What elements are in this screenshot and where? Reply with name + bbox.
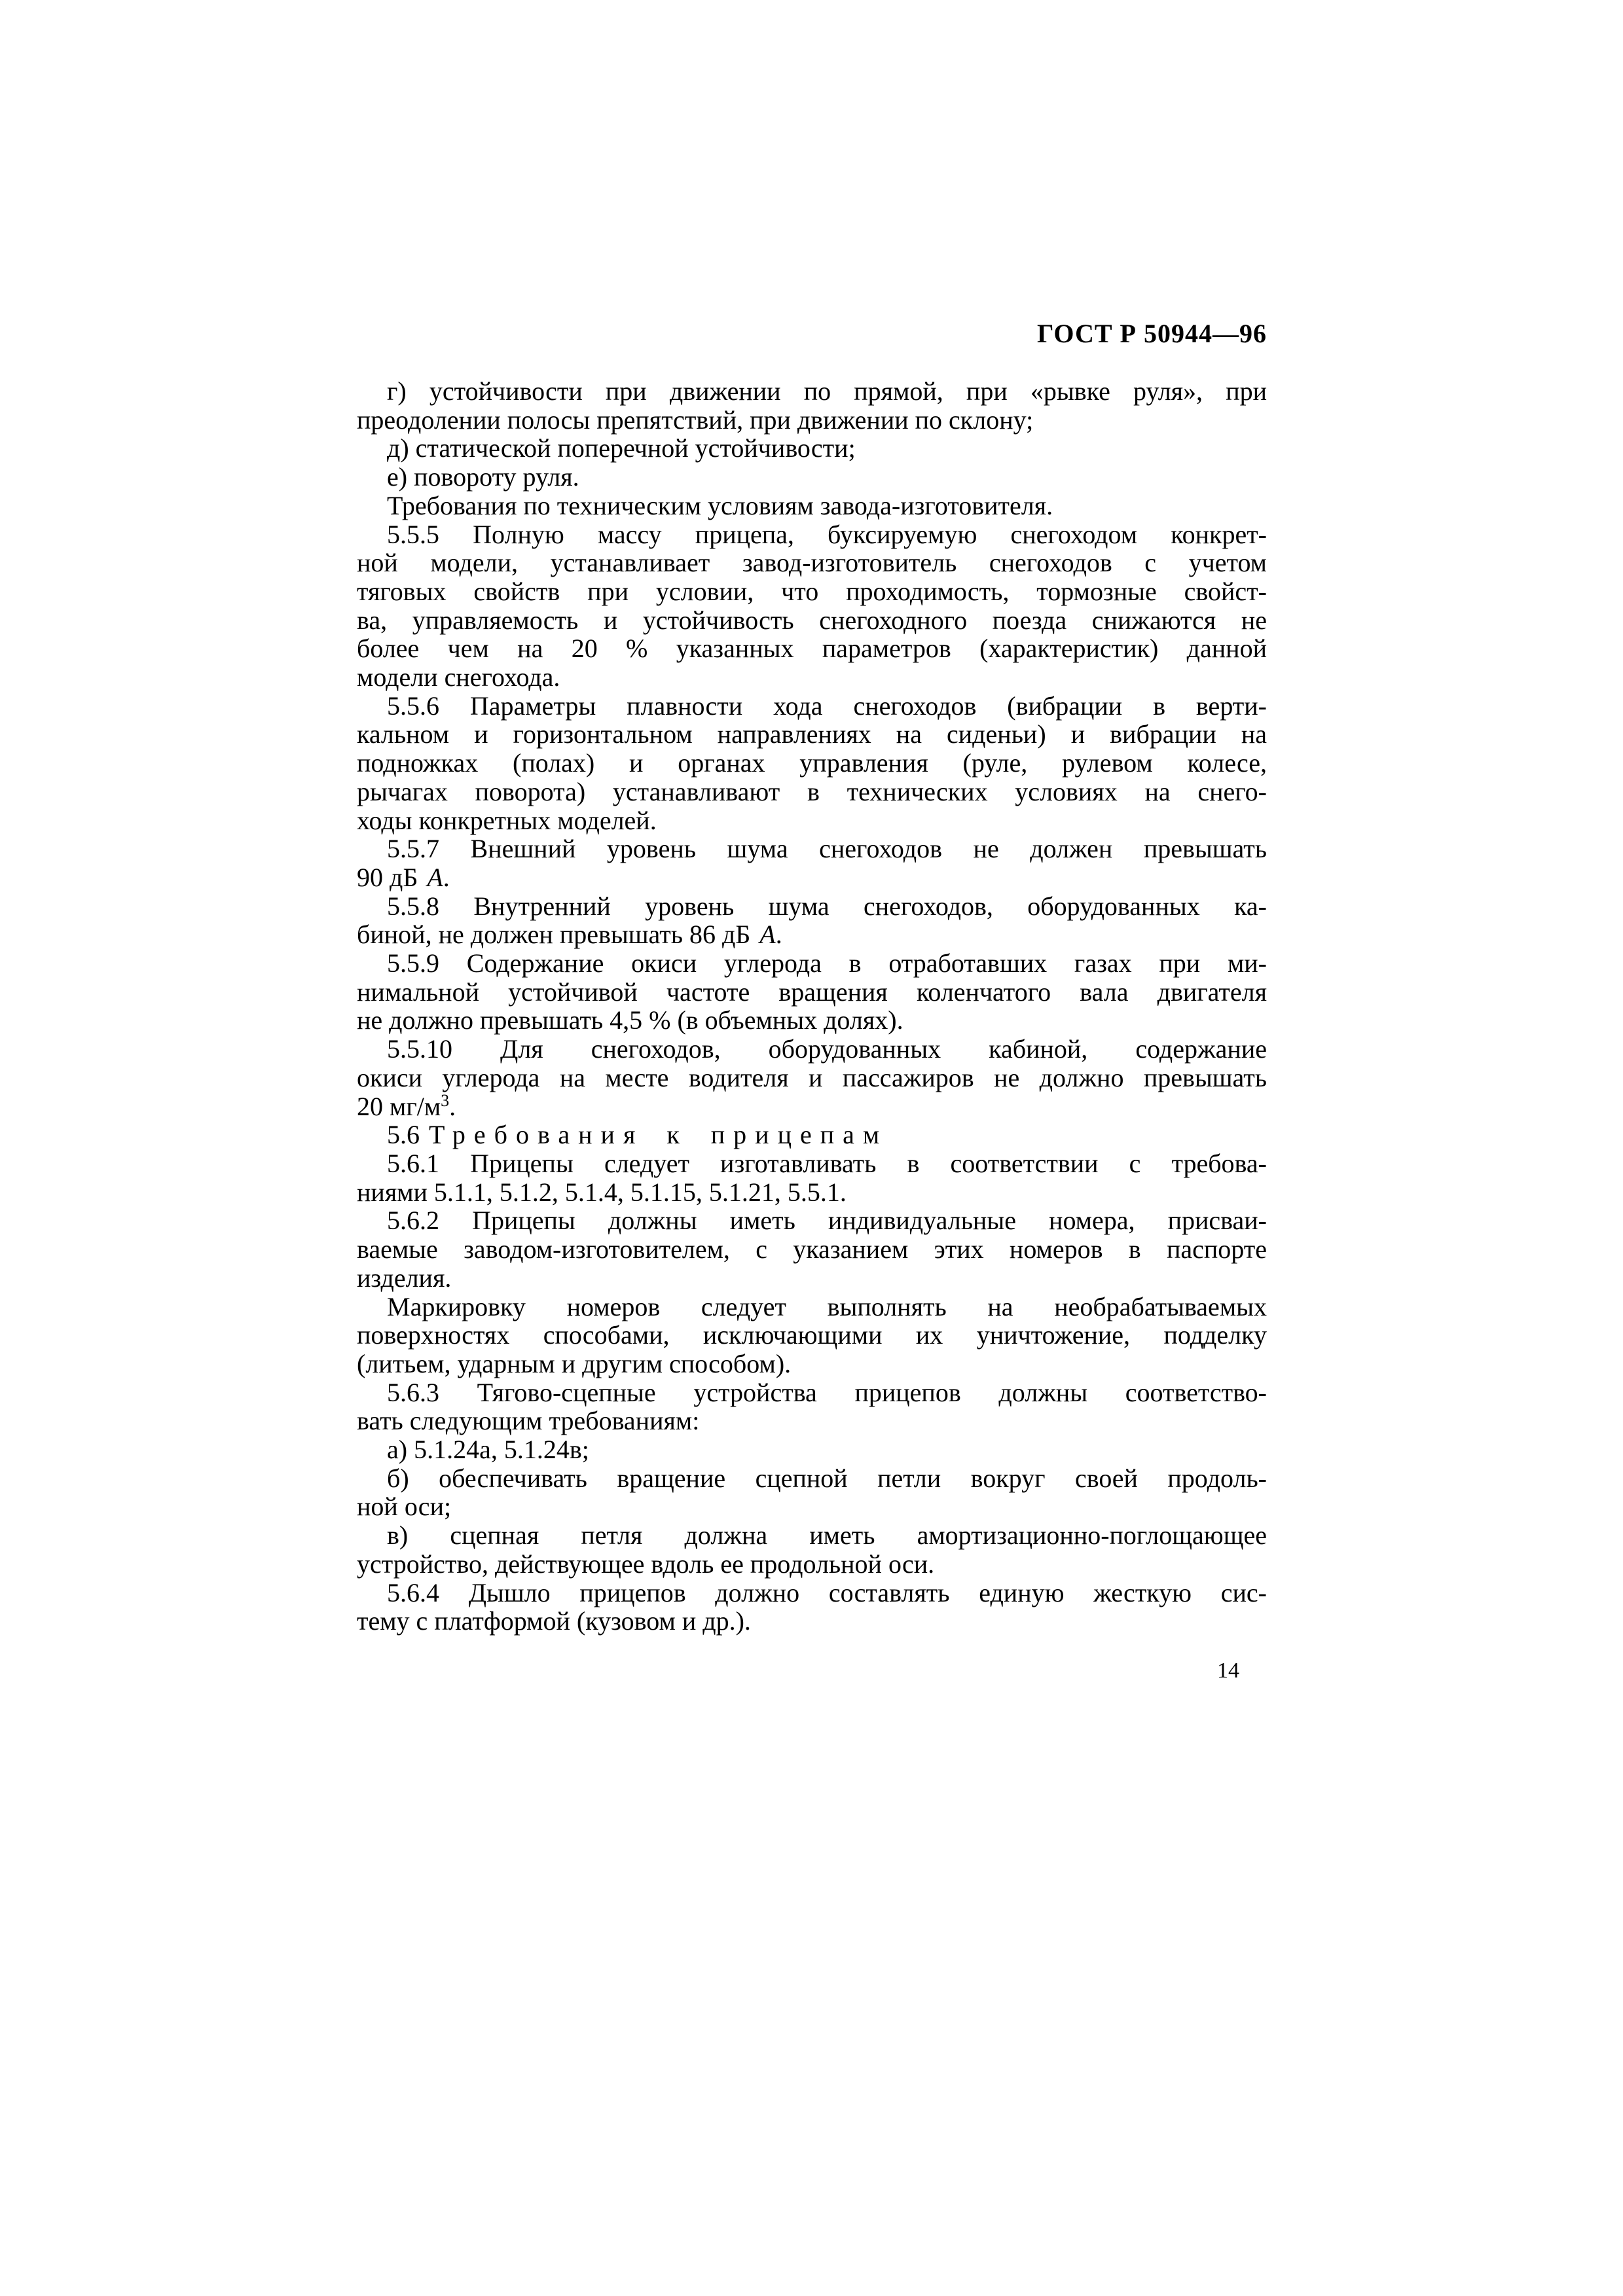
text-line: а) 5.1.24а, 5.1.24в; (357, 1435, 1267, 1464)
text-line: в) сцепная петля должна иметь амортизаци… (357, 1521, 1267, 1550)
concentration-value: 20 мг/м (357, 1092, 441, 1121)
text-line: ниями 5.1.1, 5.1.2, 5.1.4, 5.1.15, 5.1.2… (357, 1178, 1267, 1207)
text-line: более чем на 20 % указанных параметров (… (357, 634, 1267, 663)
text-line: кальном и горизонтальном направлениях на… (357, 720, 1267, 749)
text-line: 90 дБА. (357, 863, 1267, 892)
text-line: 5.5.9 Содержание окиси углерода в отрабо… (357, 949, 1267, 978)
page-number: 14 (1217, 1659, 1239, 1683)
noise-level-text: биной, не должен превышать 86 дБ (357, 920, 750, 949)
text-line: д) статической поперечной устойчивости; (357, 434, 1267, 463)
text-line: ной модели, устанавливает завод-изготови… (357, 548, 1267, 577)
text-line: устройство, действующее вдоль ее продоль… (357, 1550, 1267, 1579)
text-line: преодолении полосы препятствий, при движ… (357, 406, 1267, 435)
text-line: 5.6.1 Прицепы следует изготавливать в со… (357, 1149, 1267, 1178)
text-line: 5.6.2 Прицепы должны иметь индивидуальны… (357, 1206, 1267, 1235)
text-line: 5.5.6 Параметры плавности хода снегоходо… (357, 692, 1267, 721)
text-line: ной оси; (357, 1492, 1267, 1521)
text-line: вать следующим требованиям: (357, 1407, 1267, 1435)
text-line: тяговых свойств при условии, что проходи… (357, 577, 1267, 606)
text-line: 5.5.7 Внешний уровень шума снегоходов не… (357, 834, 1267, 863)
text-line: поверхностях способами, исключающими их … (357, 1321, 1267, 1350)
document-page: ГОСТ Р 50944—96 г) устойчивости при движ… (0, 0, 1623, 2296)
text-line: 5.6.4 Дышло прицепов должно составлять е… (357, 1579, 1267, 1607)
text-line: окиси углерода на месте водителя и пасса… (357, 1064, 1267, 1092)
text-line: 5.5.5 Полную массу прицепа, буксируемую … (357, 520, 1267, 549)
section-5-6-heading: 5.6Требования к прицепам (357, 1121, 1267, 1149)
text-line: б) обеспечивать вращение сцепной петли в… (357, 1464, 1267, 1493)
text-line: биной, не должен превышать 86 дБА. (357, 920, 1267, 949)
text-line: 20 мг/м3. (357, 1092, 1267, 1121)
period: . (443, 863, 450, 892)
text-line: г) устойчивости при движении по прямой, … (357, 377, 1267, 406)
decibel-a-weighting-italic: А (759, 920, 775, 949)
text-line: ва, управляемость и устойчивость снегохо… (357, 606, 1267, 635)
text-line: нимальной устойчивой частоте вращения ко… (357, 978, 1267, 1007)
document-number: ГОСТ Р 50944—96 (1037, 318, 1267, 349)
text-line: (литьем, ударным и другим способом). (357, 1350, 1267, 1378)
text-line: ваемые заводом-изготовителем, с указание… (357, 1235, 1267, 1264)
noise-level-text: 90 дБ (357, 863, 418, 892)
text-line: не должно превышать 4,5 % (в объемных до… (357, 1006, 1267, 1035)
text-line: подножках (полах) и органах управления (… (357, 749, 1267, 778)
section-title: Требования к прицепам (429, 1120, 888, 1149)
decibel-a-weighting-italic: А (427, 863, 443, 892)
period: . (776, 920, 782, 949)
text-line: е) повороту руля. (357, 463, 1267, 492)
text-line: 5.5.10 Для снегоходов, оборудованных каб… (357, 1035, 1267, 1064)
text-line: модели снегохода. (357, 663, 1267, 692)
text-line: рычагах поворота) устанавливают в технич… (357, 778, 1267, 806)
section-number: 5.6 (387, 1120, 420, 1149)
text-line: тему с платформой (кузовом и др.). (357, 1607, 1267, 1636)
text-line: изделия. (357, 1264, 1267, 1293)
text-line: 5.6.3 Тягово-сцепные устройства прицепов… (357, 1378, 1267, 1407)
text-line: Требования по техническим условиям завод… (357, 492, 1267, 520)
text-line: ходы конкретных моделей. (357, 806, 1267, 835)
document-body: г) устойчивости при движении по прямой, … (357, 377, 1267, 1636)
text-line: Маркировку номеров следует выполнять на … (357, 1293, 1267, 1321)
text-line: 5.5.8 Внутренний уровень шума снегоходов… (357, 892, 1267, 921)
period: . (449, 1092, 456, 1121)
